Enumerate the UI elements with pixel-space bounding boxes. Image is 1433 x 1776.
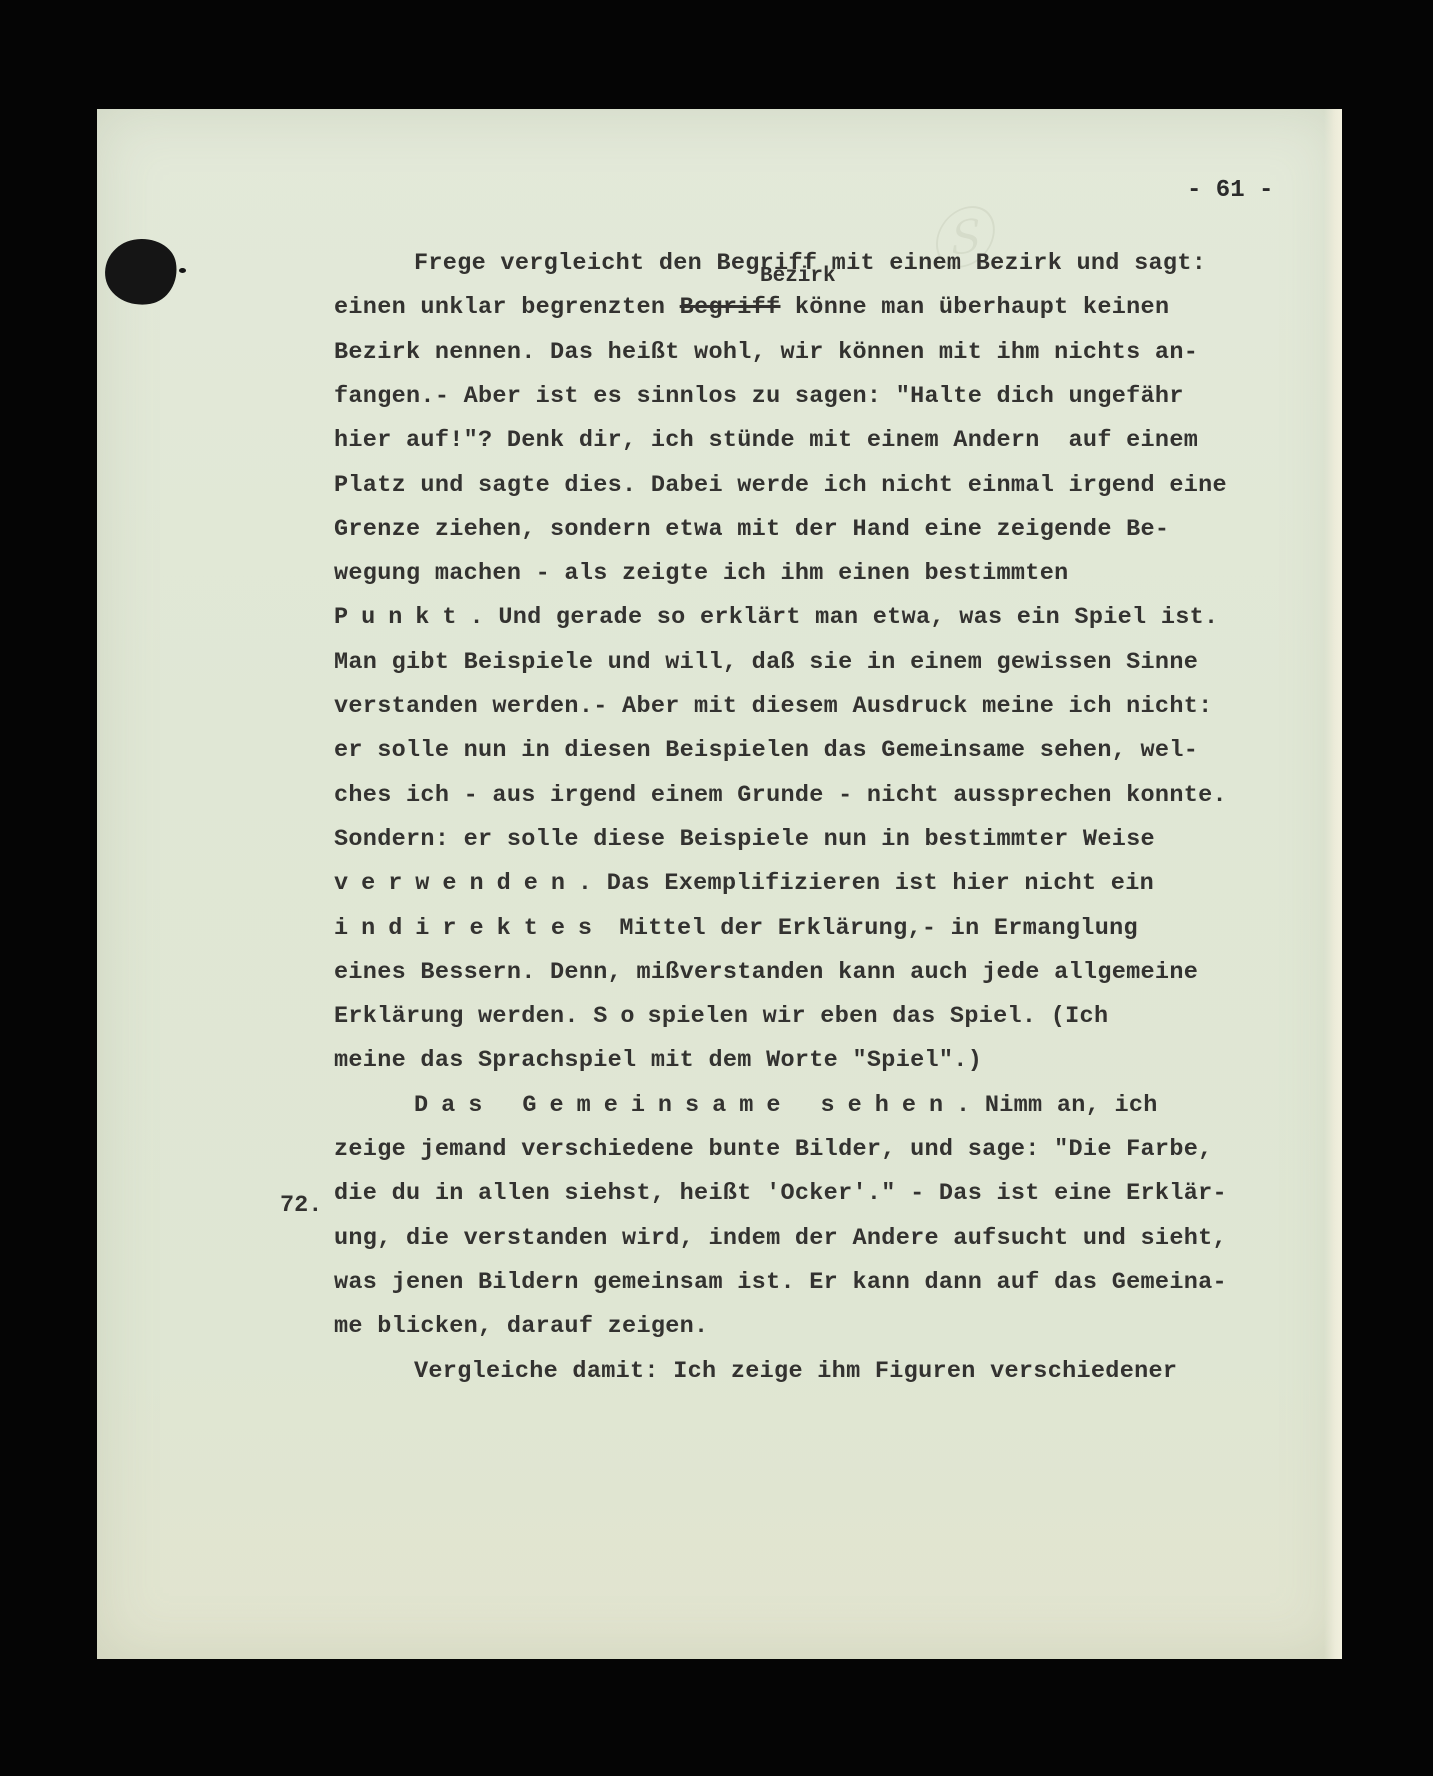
- text-line: indirektes Mittel der Erklärung,- in Erm…: [334, 917, 1138, 941]
- text-line: Man gibt Beispiele und will, daß sie in …: [334, 651, 1198, 675]
- text-segment: fangen.- Aber ist es sinnlos zu sagen: "…: [334, 383, 1184, 410]
- text-segment: verstanden werden.- Aber mit diesem Ausd…: [334, 693, 1213, 720]
- text-segment: me blicken, darauf zeigen.: [334, 1313, 708, 1340]
- text-segment: Sondern: er solle diese Beispiele nun in…: [334, 826, 1155, 853]
- text-segment: Grenze ziehen, sondern etwa mit der Hand…: [334, 516, 1169, 543]
- text-line: die du in allen siehst, heißt 'Ocker'." …: [334, 1182, 1227, 1206]
- page-number: - 61 -: [1187, 177, 1273, 204]
- text-segment: . Das Exemplifizieren ist hier nicht ein: [578, 870, 1154, 897]
- paper-edge: [1324, 109, 1342, 1659]
- text-line: Sondern: er solle diese Beispiele nun in…: [334, 828, 1155, 852]
- text-line: Das Gemeinsame sehen. Nimm an, ich: [414, 1094, 1158, 1118]
- text-line: Frege vergleicht den Begriff mit einem B…: [414, 252, 1206, 276]
- text-segment: wegung machen - als zeigte ich ihm einen…: [334, 560, 1069, 587]
- text-line: zeige jemand verschiedene bunte Bilder, …: [334, 1138, 1213, 1162]
- text-segment: einen unklar begrenzten: [334, 294, 680, 321]
- text-line: me blicken, darauf zeigen.: [334, 1315, 708, 1339]
- text-segment: was jenen Bildern gemeinsam ist. Er kann…: [334, 1269, 1227, 1296]
- text-line: Grenze ziehen, sondern etwa mit der Hand…: [334, 518, 1169, 542]
- emphasized-spaced-text: So: [593, 1003, 647, 1030]
- ink-blot: [100, 233, 182, 311]
- text-segment: könne man überhaupt keinen: [780, 294, 1169, 321]
- emphasized-spaced-text: indirektes: [334, 915, 605, 942]
- text-line: er solle nun in diesen Beispielen das Ge…: [334, 739, 1198, 763]
- text-segment: meine das Sprachspiel mit dem Worte "Spi…: [334, 1047, 982, 1074]
- typewritten-page: Ⓢ - 61 - Bezirk 72. Frege vergleicht den…: [97, 109, 1342, 1659]
- text-line: was jenen Bildern gemeinsam ist. Er kann…: [334, 1271, 1227, 1295]
- text-line: Platz und sagte dies. Dabei werde ich ni…: [334, 474, 1227, 498]
- text-line: Bezirk nennen. Das heißt wohl, wir könne…: [334, 341, 1198, 365]
- text-segment: ung, die verstanden wird, indem der Ande…: [334, 1225, 1227, 1252]
- text-segment: Bezirk nennen. Das heißt wohl, wir könne…: [334, 339, 1198, 366]
- text-segment: Man gibt Beispiele und will, daß sie in …: [334, 649, 1198, 676]
- text-line: Erklärung werden. Sospielen wir eben das…: [334, 1005, 1108, 1029]
- text-line: Vergleiche damit: Ich zeige ihm Figuren …: [414, 1360, 1177, 1384]
- text-segment: er solle nun in diesen Beispielen das Ge…: [334, 737, 1198, 764]
- text-line: ung, die verstanden wird, indem der Ande…: [334, 1227, 1227, 1251]
- emphasized-spaced-text: Das Gemeinsame sehen: [414, 1092, 956, 1119]
- text-line: fangen.- Aber ist es sinnlos zu sagen: "…: [334, 385, 1184, 409]
- text-line: verwenden. Das Exemplifizieren ist hier …: [334, 872, 1154, 896]
- text-line: einen unklar begrenzten Begriff könne ma…: [334, 296, 1169, 320]
- text-segment: Mittel der Erklärung,- in Ermanglung: [605, 915, 1138, 942]
- text-line: hier auf!"? Denk dir, ich stünde mit ein…: [334, 429, 1198, 453]
- text-segment: ches ich - aus irgend einem Grunde - nic…: [334, 782, 1227, 809]
- text-line: wegung machen - als zeigte ich ihm einen…: [334, 562, 1069, 586]
- section-number: 72.: [280, 1192, 322, 1219]
- text-line: eines Bessern. Denn, mißverstanden kann …: [334, 961, 1198, 985]
- text-segment: zeige jemand verschiedene bunte Bilder, …: [334, 1136, 1213, 1163]
- text-line: meine das Sprachspiel mit dem Worte "Spi…: [334, 1049, 982, 1073]
- text-segment: die du in allen siehst, heißt 'Ocker'." …: [334, 1180, 1227, 1207]
- text-line: verstanden werden.- Aber mit diesem Ausd…: [334, 695, 1213, 719]
- text-segment: spielen wir eben das Spiel. (Ich: [647, 1003, 1108, 1030]
- text-segment: Erklärung werden.: [334, 1003, 593, 1030]
- text-segment: Frege vergleicht den Begriff mit einem B…: [414, 250, 1206, 277]
- emphasized-spaced-text: verwenden: [334, 870, 578, 897]
- emphasized-spaced-text: Punkt: [334, 604, 470, 631]
- text-segment: . Nimm an, ich: [956, 1092, 1158, 1119]
- struck-out-word: Begriff: [680, 294, 781, 321]
- text-segment: Platz und sagte dies. Dabei werde ich ni…: [334, 472, 1227, 499]
- text-segment: hier auf!"? Denk dir, ich stünde mit ein…: [334, 427, 1198, 454]
- text-segment: eines Bessern. Denn, mißverstanden kann …: [334, 959, 1198, 986]
- text-line: ches ich - aus irgend einem Grunde - nic…: [334, 784, 1227, 808]
- text-segment: . Und gerade so erklärt man etwa, was ei…: [470, 604, 1219, 631]
- text-segment: Vergleiche damit: Ich zeige ihm Figuren …: [414, 1358, 1177, 1385]
- text-line: Punkt. Und gerade so erklärt man etwa, w…: [334, 606, 1218, 630]
- ink-dot: [179, 268, 186, 273]
